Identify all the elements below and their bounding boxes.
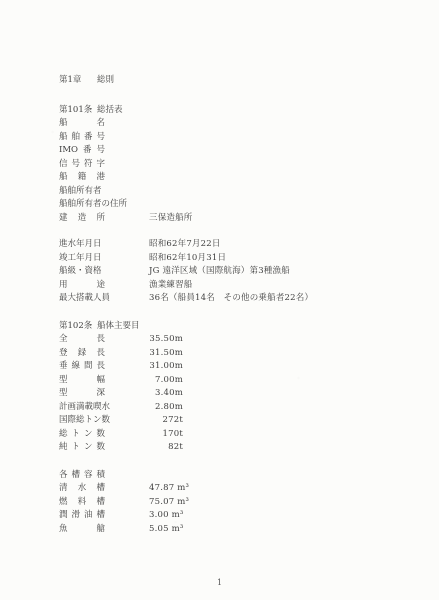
- field-label: 全長: [59, 333, 105, 346]
- field-label: 型幅: [59, 374, 105, 387]
- spec-row-purpose: 用途漁業練習船: [59, 279, 313, 292]
- spec-row-fuel-tank: 燃料槽75.07 m³: [59, 496, 183, 509]
- spec-row-max-persons: 最大搭載人員36名（船員14名 その他の乗船者22名）: [59, 292, 313, 305]
- page-number: 1: [0, 578, 439, 587]
- field-label: 魚艙: [59, 523, 105, 536]
- field-label: 信号符字: [59, 158, 105, 171]
- spec-row-owner: 船舶所有者: [59, 185, 313, 198]
- field-label: 計画満載喫水: [59, 401, 149, 414]
- field-label: IMO番号: [59, 144, 105, 157]
- article-102-section: 第102条船体主要目 全長35.50m 登録長31.50m 垂線間長31.00m…: [59, 320, 183, 454]
- article-101-title: 総括表: [97, 105, 123, 115]
- spec-row-moulded-breadth: 型幅7.00m: [59, 374, 183, 387]
- field-value: 36名（船員14名 その他の乗船者22名）: [149, 293, 313, 303]
- spec-row-length-overall: 全長35.50m: [59, 333, 183, 346]
- spec-row-launch-date: 進水年月日昭和62年7月22日: [59, 238, 313, 251]
- field-label: 進水年月日: [59, 238, 149, 251]
- section-title: 各槽容積: [59, 469, 105, 482]
- spec-row-call-sign: 信号符字: [59, 158, 313, 171]
- field-value: 272t: [149, 414, 183, 427]
- article-102-number: 第102条: [59, 320, 97, 333]
- field-label: 船舶所有者の住所: [59, 198, 149, 211]
- spec-row-net-tonnage: 純トン数82t: [59, 441, 183, 454]
- field-value: JG 遠洋区域（国際航海）第3種漁船: [149, 266, 290, 276]
- field-value: 31.50m: [149, 347, 183, 360]
- field-value: 75.07 m³: [149, 496, 183, 509]
- spec-row-port-of-registry: 船籍港: [59, 171, 313, 184]
- field-value: 昭和62年10月31日: [149, 253, 226, 263]
- field-label: 建造所: [59, 212, 105, 225]
- field-label: 潤滑油槽: [59, 509, 105, 522]
- field-value: 3.40m: [149, 387, 183, 400]
- spec-row-completion-date: 竣工年月日昭和62年10月31日: [59, 252, 313, 265]
- article-102-heading: 第102条船体主要目: [59, 320, 183, 333]
- field-value: 2.80m: [149, 401, 183, 414]
- field-value: 82t: [149, 441, 183, 454]
- field-value: 漁業練習船: [149, 280, 193, 290]
- spec-row-lube-oil-tank: 潤滑油槽3.00 m³: [59, 509, 183, 522]
- field-label: 用途: [59, 279, 105, 292]
- chapter-number: 第1章: [59, 74, 97, 87]
- spec-row-international-gross-tonnage: 国際総トン数272t: [59, 414, 183, 427]
- document-page: 第1章総則 第101条総括表 船名 船舶番号 IMO番号 信号符字 船籍港 船舶…: [0, 0, 439, 600]
- spec-row-imo-number: IMO番号: [59, 144, 313, 157]
- field-label: 船舶所有者: [59, 185, 149, 198]
- field-value: 7.00m: [149, 374, 183, 387]
- field-label: 船舶番号: [59, 131, 105, 144]
- spec-row-ship-name: 船名: [59, 117, 313, 130]
- field-label: 国際総トン数: [59, 414, 149, 427]
- field-value: 3.00 m³: [149, 509, 183, 522]
- spec-row-length-bp: 垂線間長31.00m: [59, 360, 183, 373]
- field-label: 燃料槽: [59, 496, 105, 509]
- spec-row-design-draft: 計画満載喫水2.80m: [59, 401, 183, 414]
- field-value: 47.87 m³: [149, 482, 183, 495]
- tank-section-heading: 各槽容積: [59, 469, 183, 482]
- spec-row-moulded-depth: 型深3.40m: [59, 387, 183, 400]
- field-value: 三保造船所: [149, 213, 193, 223]
- article-102-title: 船体主要目: [97, 321, 140, 331]
- tank-capacity-section: 各槽容積 清水槽47.87 m³ 燃料槽75.07 m³ 潤滑油槽3.00 m³…: [59, 469, 183, 536]
- spec-row-gross-tonnage: 総トン数170t: [59, 428, 183, 441]
- field-value: 5.05 m³: [149, 523, 183, 536]
- field-label: 登録長: [59, 347, 105, 360]
- field-value: 昭和62年7月22日: [149, 239, 221, 249]
- field-value: 35.50m: [149, 333, 183, 346]
- chapter-heading: 第1章総則: [59, 74, 114, 87]
- spec-row-registered-length: 登録長31.50m: [59, 347, 183, 360]
- spec-row-ship-number: 船舶番号: [59, 131, 313, 144]
- field-label: 船級・資格: [59, 265, 149, 278]
- field-label: 純トン数: [59, 441, 105, 454]
- spec-row-fish-hold: 魚艙5.05 m³: [59, 523, 183, 536]
- field-label: 竣工年月日: [59, 252, 149, 265]
- field-label: 垂線間長: [59, 360, 105, 373]
- field-label: 船名: [59, 117, 105, 130]
- spec-row-builder: 建造所三保造船所: [59, 212, 313, 225]
- article-101-heading: 第101条総括表: [59, 104, 313, 117]
- field-label: 清水槽: [59, 482, 105, 495]
- field-label: 最大搭載人員: [59, 292, 149, 305]
- field-value: 31.00m: [149, 360, 183, 373]
- chapter-title: 総則: [97, 75, 114, 85]
- spec-row-class-qualification: 船級・資格JG 遠洋区域（国際航海）第3種漁船: [59, 265, 313, 278]
- spec-row-owner-address: 船舶所有者の住所: [59, 198, 313, 211]
- field-label: 船籍港: [59, 171, 105, 184]
- field-label: 型深: [59, 387, 105, 400]
- field-value: 170t: [149, 428, 183, 441]
- article-101-number: 第101条: [59, 104, 97, 117]
- article-101-section: 第101条総括表 船名 船舶番号 IMO番号 信号符字 船籍港 船舶所有者 船舶…: [59, 104, 313, 306]
- field-label: 総トン数: [59, 428, 105, 441]
- spec-row-fresh-water-tank: 清水槽47.87 m³: [59, 482, 183, 495]
